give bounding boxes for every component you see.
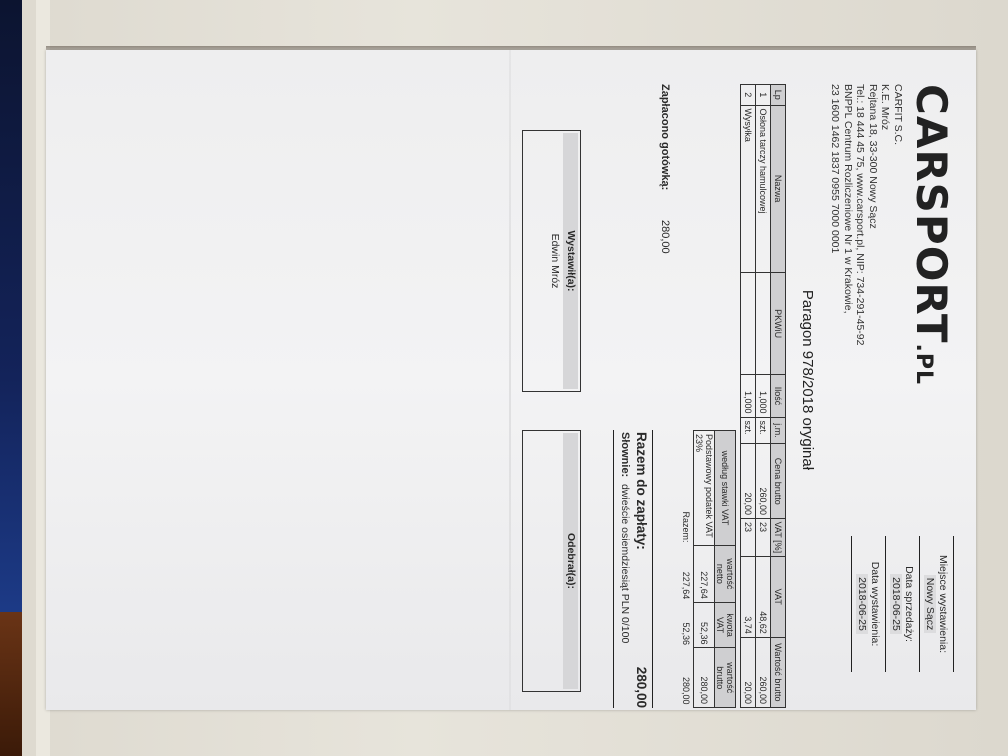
table-row: 1 Osłona tarczy hamulcowej 1,000 szt. 26… (756, 85, 771, 708)
total-value: 280,00 (634, 640, 649, 708)
company-line: Rejtana 18, 33-300 Nowy Sącz (867, 84, 880, 345)
company-line: K.E. Mróz (879, 84, 892, 345)
receipt-paper: CARSPORT.PL CARFIT S.C. K.E. Mróz Rejtan… (46, 50, 976, 710)
amount-words-label: Słownie: (619, 432, 631, 477)
issued-by-box: Wystawił(a): Edwin Mróz (522, 130, 581, 392)
paid-cash-value: 280,00 (659, 220, 671, 254)
received-by-label: Odebrał(a): (563, 433, 578, 689)
sale-date: Data sprzedaży: 2018-06-25 (886, 536, 919, 672)
company-line: CARFIT S.C. (892, 84, 905, 345)
issue-date: Data wystawienia: 2018-06-25 (852, 536, 885, 672)
vat-summary-table: według stawki VAT wartość netto kwota VA… (679, 430, 736, 708)
carsport-logo: CARSPORT.PL (907, 84, 956, 385)
vat-sum-row: Razem: 227,64 52,36 280,00 (679, 431, 694, 708)
items-header-row: Lp Nazwa PKWiU Ilość j.m. Cena brutto VA… (771, 85, 786, 708)
receipt-photo: CARSPORT.PL CARFIT S.C. K.E. Mróz Rejtan… (46, 50, 976, 710)
receipt-title: Paragon 978/2018 oryginał (799, 50, 816, 710)
amount-words: dwieście osiemdziesiąt PLN 0/100 (619, 484, 631, 643)
items-table: Lp Nazwa PKWiU Ilość j.m. Cena brutto VA… (740, 84, 786, 708)
issued-by-name: Edwin Mróz (549, 131, 561, 391)
total-label: Razem do zapłaty: (634, 432, 649, 550)
background-fabric (0, 0, 22, 630)
company-line: BNPPL Centrum Rozliczeniowe Nr 1 w Krako… (842, 84, 855, 345)
company-line: Tel.: 18 444 45 75, www.carsport.pl, NIP… (854, 84, 867, 345)
table-row: Podstawowy podatek VAT 23% 227,64 52,36 … (694, 431, 715, 708)
company-details: CARFIT S.C. K.E. Mróz Rejtana 18, 33-300… (829, 84, 904, 345)
company-line: 23 1600 1462 1837 0955 7000 0001 (829, 84, 842, 345)
table-row: 2 Wysyłka 1,000 szt. 20,00 23 3,74 20,00 (741, 85, 756, 708)
issue-info: Miejsce wystawienia: Nowy Sącz Data sprz… (851, 536, 954, 672)
received-by-box: Odebrał(a): (522, 430, 581, 692)
issue-place: Miejsce wystawienia: Nowy Sącz (920, 536, 953, 672)
paid-cash-label: Zapłacono gotówką: (659, 84, 671, 190)
issued-by-label: Wystawił(a): (563, 133, 578, 389)
